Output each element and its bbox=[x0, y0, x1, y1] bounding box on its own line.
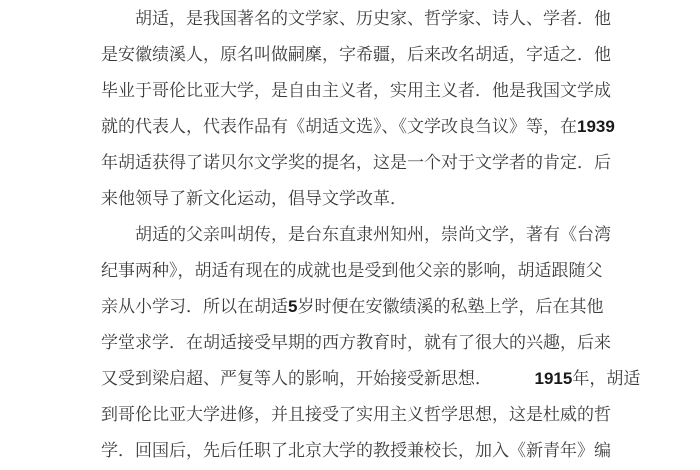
text-line: 就的代表人，代表作品有《胡适文选》、《文学改良刍议》等，在1939 bbox=[101, 109, 671, 145]
document-page: 胡适，是我国著名的文学家、历史家、哲学家、诗人、学者．他是安徽绩溪人，原名叫做嗣… bbox=[0, 0, 700, 470]
text-line: 到哥伦比亚大学进修，并且接受了实用主义哲学思想，这是杜威的哲 bbox=[101, 397, 671, 433]
text-segment: 年，胡适 bbox=[572, 369, 640, 388]
text-line: 亲从小学习．所以在胡适5岁时便在安徽绩溪的私塾上学，后在其他 bbox=[101, 289, 671, 325]
text-line: 又受到梁启超、严复等人的影响，开始接受新思想． 1915年，胡适 bbox=[101, 361, 671, 397]
text-segment: 年胡适获得了诺贝尔文学奖的提名，这是一个对于文学者的肯定．后 bbox=[101, 153, 611, 172]
text-segment: 又受到梁启超、严复等人的影响，开始接受新思想． bbox=[101, 369, 484, 388]
text-line: 毕业于哥伦比亚大学，是自由主义者，实用主义者．他是我国文学成 bbox=[101, 73, 671, 109]
text-segment: 就的代表人，代表作品有《胡适文选》、《文学改良刍议》等，在 bbox=[101, 117, 577, 136]
text-line: 来他领导了新文化运动，倡导文学改革． bbox=[101, 181, 671, 217]
text-segment: 到哥伦比亚大学进修，并且接受了实用主义哲学思想，这是杜威的哲 bbox=[101, 405, 611, 424]
text-segment: 是安徽绩溪人，原名叫做嗣穈，字希疆，后来改名胡适，字适之．他 bbox=[101, 45, 611, 64]
text-segment: 岁时便在安徽绩溪的私塾上学，后在其他 bbox=[297, 297, 603, 316]
text-segment: 学．回国后，先后任职了北京大学的教授兼校长，加入《新青年》编 bbox=[101, 441, 611, 460]
bold-text-segment: 1915 bbox=[535, 369, 573, 388]
text-segment bbox=[484, 369, 535, 388]
text-line: 学．回国后，先后任职了北京大学的教授兼校长，加入《新青年》编 bbox=[101, 433, 671, 469]
text-segment: 学堂求学．在胡适接受早期的西方教育时，就有了很大的兴趣，后来 bbox=[101, 333, 611, 352]
text-line: 胡适的父亲叫胡传，是台东直隶州知州，崇尚文学，著有《台湾 bbox=[101, 217, 671, 253]
text-line: 胡适，是我国著名的文学家、历史家、哲学家、诗人、学者．他 bbox=[101, 1, 671, 37]
text-line: 年胡适获得了诺贝尔文学奖的提名，这是一个对于文学者的肯定．后 bbox=[101, 145, 671, 181]
text-segment: 胡适的父亲叫胡传，是台东直隶州知州，崇尚文学，著有《台湾 bbox=[135, 225, 611, 244]
text-block: 胡适，是我国著名的文学家、历史家、哲学家、诗人、学者．他是安徽绩溪人，原名叫做嗣… bbox=[101, 1, 671, 469]
text-segment: 纪事两种》，胡适有现在的成就也是受到他父亲的影响，胡适跟随父 bbox=[101, 261, 603, 280]
bold-text-segment: 1939 bbox=[577, 117, 615, 136]
text-segment: 胡适，是我国著名的文学家、历史家、哲学家、诗人、学者．他 bbox=[135, 9, 611, 28]
text-segment: 毕业于哥伦比亚大学，是自由主义者，实用主义者．他是我国文学成 bbox=[101, 81, 611, 100]
text-line: 是安徽绩溪人，原名叫做嗣穈，字希疆，后来改名胡适，字适之．他 bbox=[101, 37, 671, 73]
text-segment: 来他领导了新文化运动，倡导文学改革． bbox=[101, 189, 407, 208]
text-line: 学堂求学．在胡适接受早期的西方教育时，就有了很大的兴趣，后来 bbox=[101, 325, 671, 361]
text-segment: 亲从小学习．所以在胡适 bbox=[101, 297, 288, 316]
text-line: 纪事两种》，胡适有现在的成就也是受到他父亲的影响，胡适跟随父 bbox=[101, 253, 671, 289]
